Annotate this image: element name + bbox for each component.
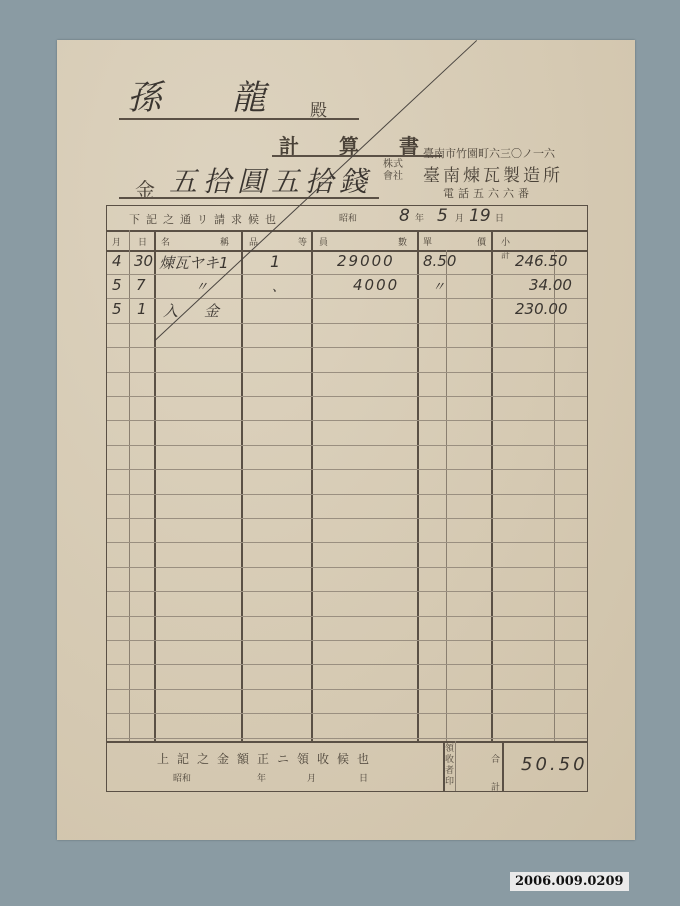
amount-prefix: 金: [135, 174, 155, 203]
day-label: 日: [495, 211, 504, 224]
row-rule: [107, 494, 587, 495]
invoice-table: 下記之通リ請求候也 昭和 8 年 5 月 19 日 月 日 名稱 品等 員數 單…: [106, 205, 588, 792]
company-name: 臺南煉瓦製造所: [423, 161, 563, 186]
col-month: 月: [112, 235, 121, 248]
row1-day: 30: [134, 252, 153, 270]
row1-unit-price: 8.50: [423, 252, 456, 270]
row3-subtotal: 230.00: [515, 300, 568, 318]
row-rule: [107, 274, 587, 275]
footer-date-day: 日: [359, 771, 368, 784]
row2-subtotal: 34.00: [529, 276, 572, 294]
footer-date-month: 月: [307, 771, 316, 784]
footer-date-era: 昭和: [173, 771, 191, 784]
row-rule: [107, 542, 587, 543]
row3-month: 5: [112, 300, 122, 318]
header-divider: [107, 230, 587, 232]
row3-day: 1: [137, 300, 147, 318]
row2-quantity: 4000: [353, 276, 399, 294]
catalog-number-label: 2006.009.0209: [510, 872, 629, 891]
row-rule: [107, 420, 587, 421]
invoice-paper: 孫 龍 殿 計算書 臺南市竹園町六三〇ノ一六 株式 會社 臺南煉瓦製造所 電話五…: [57, 40, 635, 840]
row-rule: [107, 591, 587, 592]
footer-divider-v: [455, 741, 456, 791]
row-rule: [107, 445, 587, 446]
row-rule: [107, 664, 587, 665]
row-rule: [107, 616, 587, 617]
receipt-text: 上記之金額正ニ領收候也: [157, 750, 377, 767]
row2-day: 7: [136, 276, 146, 294]
amount-underline: [119, 197, 379, 199]
title-underline: [272, 155, 442, 157]
company-type: 株式 會社: [383, 159, 407, 183]
footer-divider: [107, 741, 587, 743]
date-day: 19: [469, 206, 491, 226]
addressee-name: 孫 龍: [127, 70, 296, 119]
total-value: 50.50: [521, 754, 588, 775]
row-rule: [107, 518, 587, 519]
request-text: 下記之通リ請求候也: [129, 211, 282, 227]
row-rule: [107, 323, 587, 324]
row1-quantity: 29000: [337, 252, 395, 270]
company-address: 臺南市竹園町六三〇ノ一六: [423, 145, 555, 161]
date-month: 5: [437, 206, 448, 226]
footer-divider-v: [502, 741, 504, 791]
date-era: 昭和: [339, 211, 357, 224]
row-rule: [107, 372, 587, 373]
row-rule: [107, 396, 587, 397]
row2-month: 5: [112, 276, 122, 294]
addressee-underline: [119, 118, 359, 120]
col-day: 日: [138, 235, 147, 248]
row2-grade: 、: [272, 276, 285, 295]
row3-name: 入金: [163, 300, 245, 321]
row-rule: [107, 738, 587, 739]
year-label: 年: [415, 211, 424, 224]
row-rule: [107, 347, 587, 348]
row1-subtotal: 246.50: [515, 252, 568, 270]
row-rule: [107, 713, 587, 714]
row2-unit-price: 〃: [432, 276, 445, 295]
company-phone: 電話五六六番: [443, 185, 533, 201]
row-rule: [107, 469, 587, 470]
month-label: 月: [455, 211, 464, 224]
row1-name: 煉瓦ヤキ1: [159, 252, 229, 273]
row1-grade: 1: [270, 252, 280, 271]
row-rule: [107, 567, 587, 568]
row-rule: [107, 689, 587, 690]
total-label: 合計: [491, 746, 501, 802]
date-year: 8: [399, 206, 410, 226]
receiver-seal-label: 領收者印: [445, 744, 455, 788]
footer-date-year: 年: [257, 771, 266, 784]
row1-month: 4: [112, 252, 122, 270]
row-rule: [107, 640, 587, 641]
